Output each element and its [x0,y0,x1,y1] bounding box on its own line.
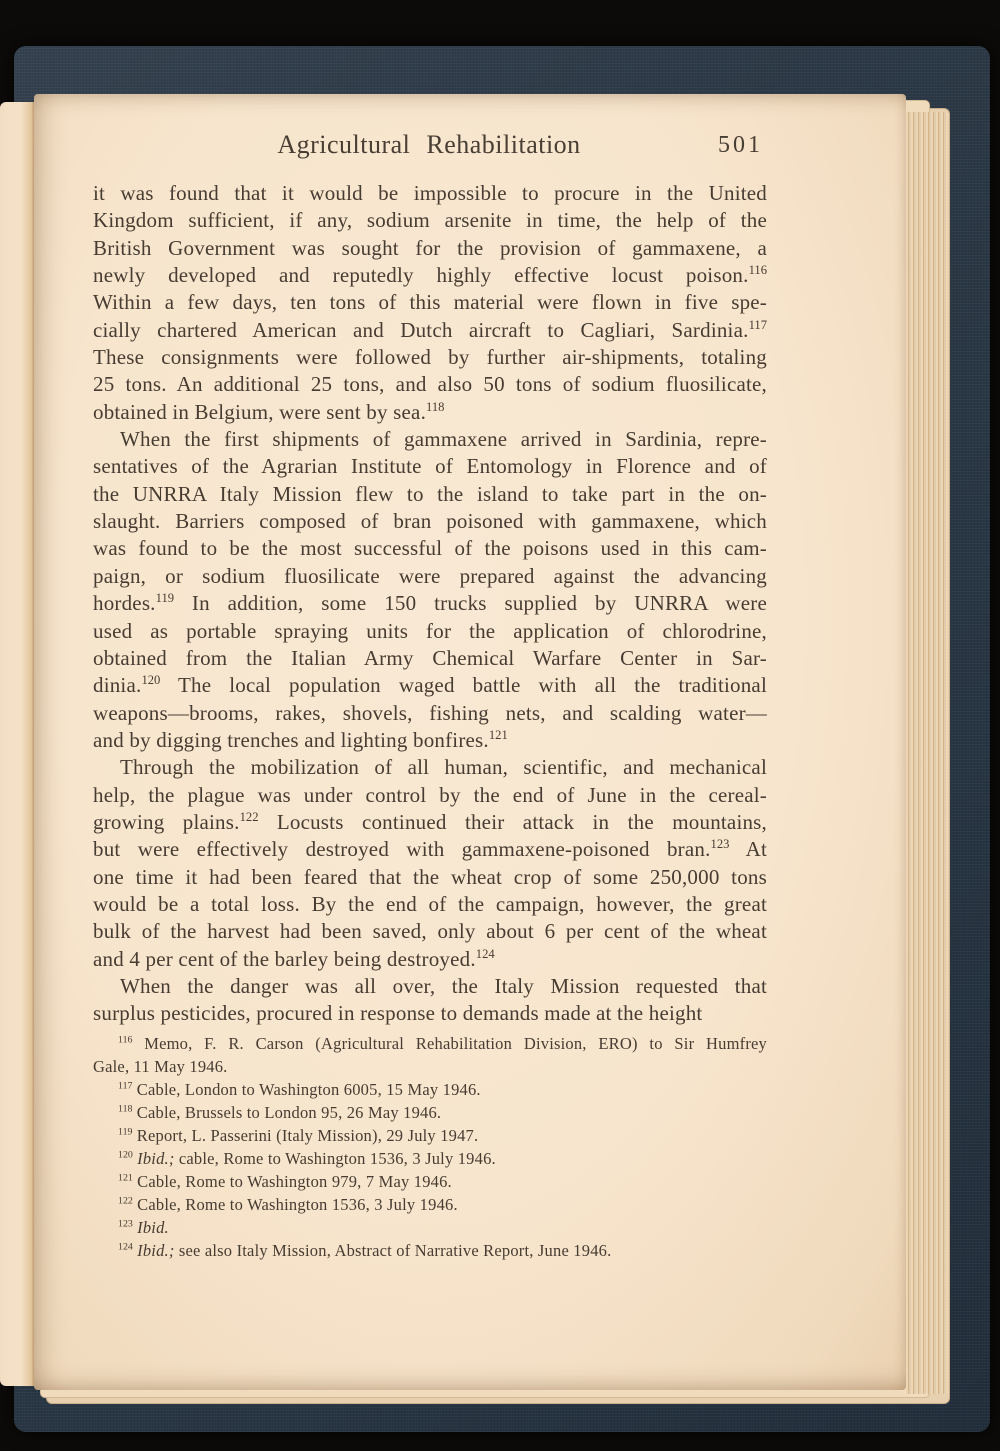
text-line: and 4 per cent of the barley being destr… [93,946,767,973]
text-line: 25 tons. An additional 25 tons, and also… [93,371,767,398]
text-line: the UNRRA Italy Mission flew to the isla… [93,481,767,508]
text-line: These consignments were followed by furt… [93,344,767,371]
footnote: 122 Cable, Rome to Washington 1536, 3 Ju… [93,1193,767,1216]
text-line: newly developed and reputedly highly eff… [93,262,767,289]
footnote: 123 Ibid. [93,1216,767,1239]
text-line: 123 Ibid. [93,1216,767,1239]
text-line: and by digging trenches and lighting bon… [93,727,767,754]
book-scan-scene: Agricultural Rehabilitation 501 it was f… [0,0,1000,1451]
page-stack-striations [906,112,948,1394]
text-line: was found to be the most successful of t… [93,535,767,562]
paragraph: Through the mobilization of all human, s… [93,754,767,973]
text-line: growing plains.122 Locusts continued the… [93,809,767,836]
text-line: help, the plague was under control by th… [93,782,767,809]
text-line: 116 Memo, F. R. Carson (Agricultural Reh… [93,1032,767,1055]
text-line: 119 Report, L. Passerini (Italy Mission)… [93,1124,767,1147]
text-line: surplus pesticides, procured in response… [93,1000,767,1027]
footnote: 117 Cable, London to Washington 6005, 15… [93,1078,767,1101]
footnote: 124 Ibid.; see also Italy Mission, Abstr… [93,1239,767,1262]
paragraph: it was found that it would be impossible… [93,180,767,426]
text-line: it was found that it would be impossible… [93,180,767,207]
text-line: Kingdom sufficient, if any, sodium arsen… [93,207,767,234]
footnotes: 116 Memo, F. R. Carson (Agricultural Reh… [93,1032,767,1262]
text-line: British Government was sought for the pr… [93,235,767,262]
text-line: slaught. Barriers composed of bran poiso… [93,508,767,535]
paragraph: When the danger was all over, the Italy … [93,973,767,1028]
text-line: one time it had been feared that the whe… [93,864,767,891]
text-line: Gale, 11 May 1946. [93,1055,767,1078]
running-head: Agricultural Rehabilitation 501 [93,130,765,164]
text-line: 117 Cable, London to Washington 6005, 15… [93,1078,767,1101]
text-line: When the danger was all over, the Italy … [93,973,767,1000]
text-line: When the first shipments of gammaxene ar… [93,426,767,453]
text-line: 118 Cable, Brussels to London 95, 26 May… [93,1101,767,1124]
text-line: paign, or sodium fluosilicate were prepa… [93,563,767,590]
text-line: sentatives of the Agrarian Institute of … [93,453,767,480]
body-text: it was found that it would be impossible… [93,180,767,1028]
paragraph: When the first shipments of gammaxene ar… [93,426,767,754]
book-page: Agricultural Rehabilitation 501 it was f… [34,94,906,1390]
footnote: 116 Memo, F. R. Carson (Agricultural Reh… [93,1032,767,1078]
footnote: 119 Report, L. Passerini (Italy Mission)… [93,1124,767,1147]
text-line: dinia.120 The local population waged bat… [93,672,767,699]
text-line: 122 Cable, Rome to Washington 1536, 3 Ju… [93,1193,767,1216]
text-line: used as portable spraying units for the … [93,618,767,645]
text-line: Within a few days, ten tons of this mate… [93,289,767,316]
text-line: bulk of the harvest had been saved, only… [93,918,767,945]
text-line: cially chartered American and Dutch airc… [93,317,767,344]
text-line: hordes.119 In addition, some 150 trucks … [93,590,767,617]
text-line: obtained from the Italian Army Chemical … [93,645,767,672]
page-title: Agricultural Rehabilitation [93,130,765,160]
footnote: 121 Cable, Rome to Washington 979, 7 May… [93,1170,767,1193]
text-line: Through the mobilization of all human, s… [93,754,767,781]
text-line: 120 Ibid.; cable, Rome to Washington 153… [93,1147,767,1170]
text-line: weapons—brooms, rakes, shovels, fishing … [93,700,767,727]
facing-page-edge [0,102,38,1386]
footnote: 120 Ibid.; cable, Rome to Washington 153… [93,1147,767,1170]
text-line: 124 Ibid.; see also Italy Mission, Abstr… [93,1239,767,1262]
text-line: 121 Cable, Rome to Washington 979, 7 May… [93,1170,767,1193]
text-line: but were effectively destroyed with gamm… [93,836,767,863]
footnote: 118 Cable, Brussels to London 95, 26 May… [93,1101,767,1124]
text-line: would be a total loss. By the end of the… [93,891,767,918]
page-number: 501 [718,132,763,159]
text-line: obtained in Belgium, were sent by sea.11… [93,399,767,426]
